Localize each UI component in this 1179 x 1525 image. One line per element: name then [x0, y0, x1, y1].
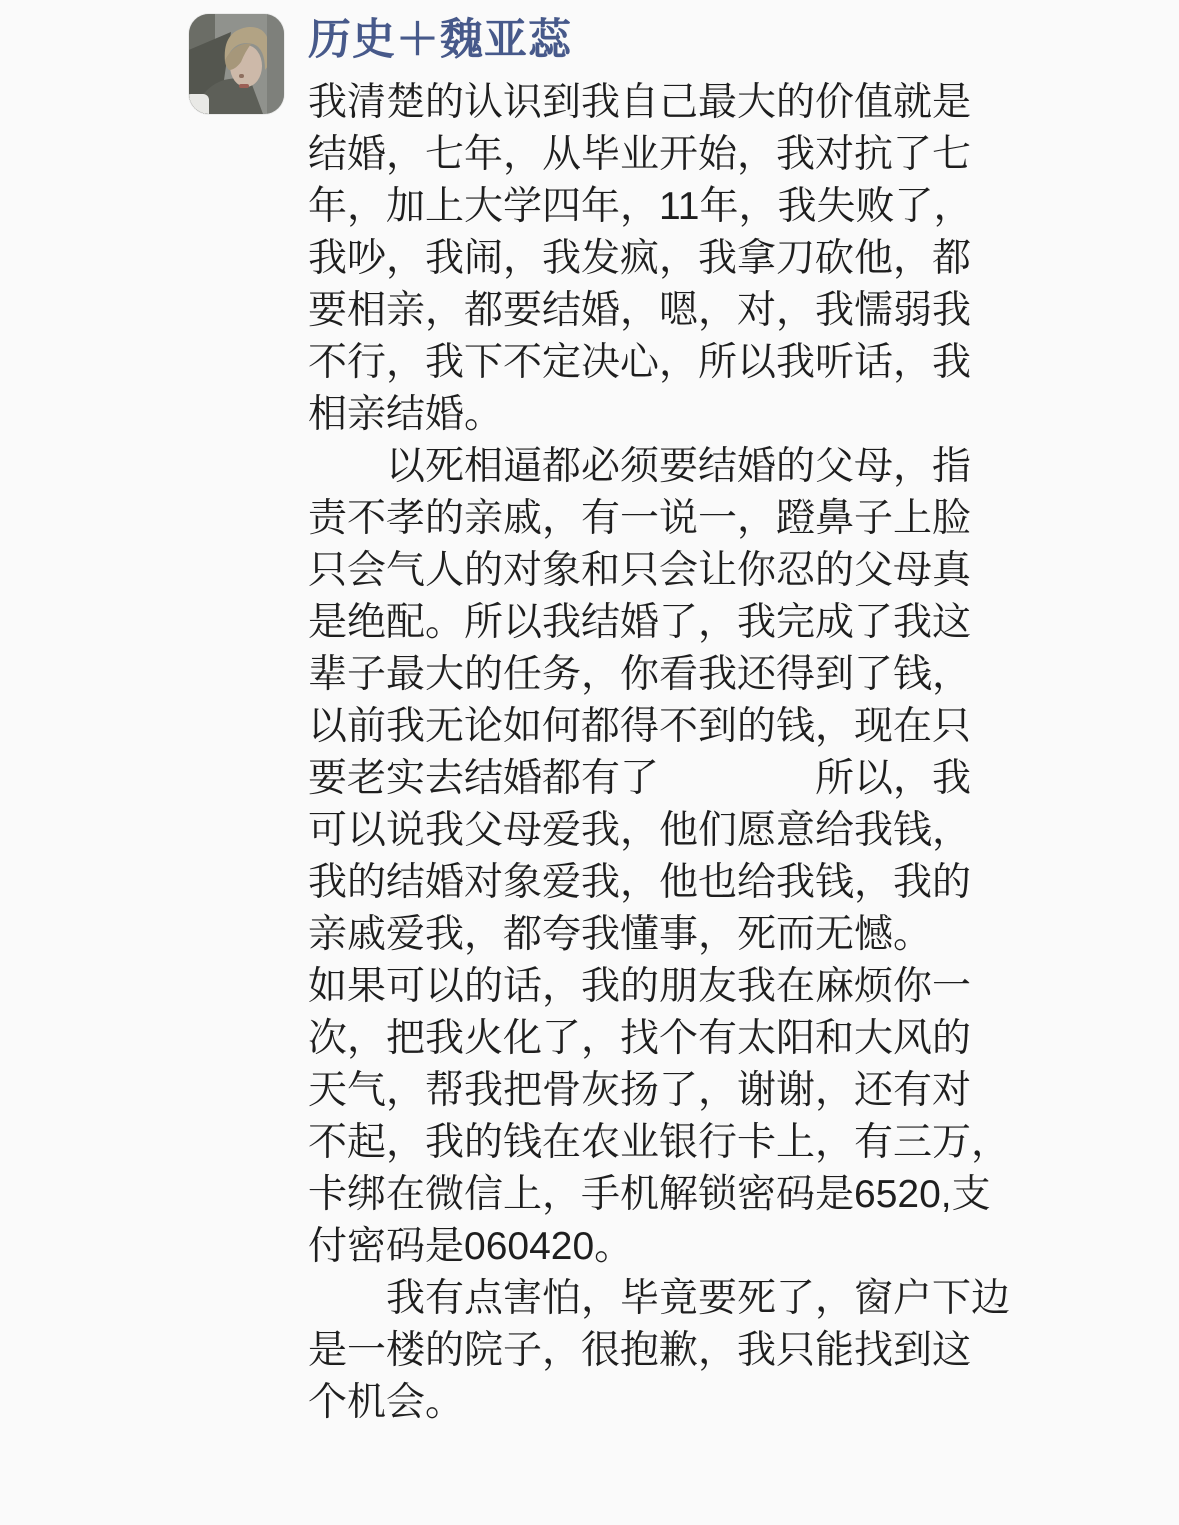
post-text-line: 要老实去结婚都有了 所以，我 [308, 753, 1008, 805]
post-text-line: 付密码是060420。 [308, 1221, 1008, 1273]
post-text-line: 责不孝的亲戚，有一说一，蹬鼻子上脸 [308, 493, 1008, 545]
post-text-line: 个机会。 [308, 1377, 1008, 1429]
post-text-line: 我有点害怕，毕竟要死了，窗户下边 [308, 1273, 1008, 1325]
post-text-line: 要相亲，都要结婚，嗯，对，我懦弱我 [308, 285, 1008, 337]
post-text-line: 不行，我下不定决心，所以我听话，我 [308, 337, 1008, 389]
post: 历史＋魏亚蕊 我清楚的认识到我自己最大的价值就是 结婚，七年，从毕业开始，我对抗… [0, 0, 1179, 1429]
post-text-line: 我清楚的认识到我自己最大的价值就是 [308, 77, 1008, 129]
post-text-line: 以死相逼都必须要结婚的父母，指 [308, 441, 1008, 493]
post-text-line: 只会气人的对象和只会让你忍的父母真 [308, 545, 1008, 597]
post-text-line: 结婚，七年，从毕业开始，我对抗了七 [308, 129, 1008, 181]
post-text-line: 辈子最大的任务，你看我还得到了钱， [308, 649, 1008, 701]
post-text-line: 如果可以的话，我的朋友我在麻烦你一 [308, 961, 1008, 1013]
post-text-line: 年，加上大学四年，11年，我失败了， [308, 181, 1008, 233]
post-text-line: 以前我无论如何都得不到的钱，现在只 [308, 701, 1008, 753]
post-text-line: 我的结婚对象爱我，他也给我钱，我的 [308, 857, 1008, 909]
post-text-line: 卡绑在微信上，手机解锁密码是6520,支 [308, 1169, 1008, 1221]
post-text-line: 是一楼的院子，很抱歉，我只能找到这 [308, 1325, 1008, 1377]
avatar[interactable] [189, 14, 284, 114]
post-content: 历史＋魏亚蕊 我清楚的认识到我自己最大的价值就是 结婚，七年，从毕业开始，我对抗… [308, 14, 1028, 1429]
post-text-line: 不起，我的钱在农业银行卡上，有三万， [308, 1117, 1008, 1169]
post-text-line: 是绝配。所以我结婚了，我完成了我这 [308, 597, 1008, 649]
post-text-line: 相亲结婚。 [308, 389, 1008, 441]
post-text-line: 可以说我父母爱我，他们愿意给我钱， [308, 805, 1008, 857]
post-text-line: 次，把我火化了，找个有太阳和大风的 [308, 1013, 1008, 1065]
avatar-image [189, 14, 284, 114]
author-name[interactable]: 历史＋魏亚蕊 [308, 16, 1028, 65]
post-text: 我清楚的认识到我自己最大的价值就是 结婚，七年，从毕业开始，我对抗了七 年，加上… [308, 77, 1008, 1429]
post-text-line: 我吵，我闹，我发疯，我拿刀砍他，都 [308, 233, 1008, 285]
post-text-line: 天气，帮我把骨灰扬了，谢谢，还有对 [308, 1065, 1008, 1117]
post-text-line: 亲戚爱我，都夸我懂事，死而无憾。 [308, 909, 1008, 961]
